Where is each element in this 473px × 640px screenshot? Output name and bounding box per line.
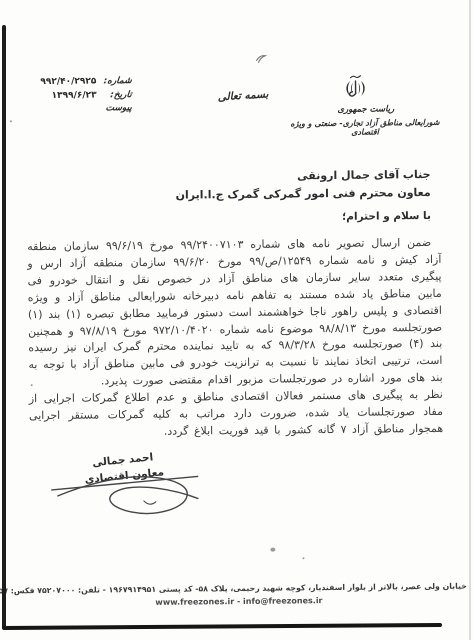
letter-content: شماره: ۹۹۲/۴۰/۲۹۲۵ تاریخ: ۱۳۹۹/۶/۲۳ پیوس… <box>0 0 473 640</box>
date-value: ۱۳۹۹/۶/۲۳ <box>52 89 97 103</box>
scan-noise-speck <box>10 120 12 122</box>
scanned-letter-page: شماره: ۹۹۲/۴۰/۲۹۲۵ تاریخ: ۱۳۹۹/۶/۲۳ پیوس… <box>0 0 473 640</box>
org-line-council: شورایعالی مناطق آزاد تجاری- صنعتی و ویژه… <box>276 118 454 138</box>
meta-date-row: تاریخ: ۱۳۹۹/۶/۲۳ <box>20 89 132 104</box>
scan-noise-speck <box>31 384 33 386</box>
recipient-name: جناب آقای جمال ارونقی <box>175 166 430 186</box>
scan-left-edge <box>2 25 6 629</box>
handwritten-signature-icon <box>48 464 204 524</box>
date-label: تاریخ: <box>103 89 132 103</box>
org-line-presidency: ریاست جمهوری <box>316 104 416 115</box>
scan-noise-mark <box>253 52 269 66</box>
footer-website: www.freezones.ir - info@freezones.ir <box>11 595 467 609</box>
iran-allah-emblem-icon <box>340 73 370 103</box>
salutation-text: با سلام و احترام؛ <box>342 210 431 223</box>
meta-number-row: شماره: ۹۹۲/۴۰/۲۹۲۵ <box>19 75 131 90</box>
scan-noise-speck <box>270 548 275 552</box>
letter-meta-block: شماره: ۹۹۲/۴۰/۲۹۲۵ تاریخ: ۱۳۹۹/۶/۲۳ پیوس… <box>19 75 131 117</box>
recipient-block: جناب آقای جمال ارونقی معاون محترم فنی ام… <box>175 166 430 204</box>
number-value: ۹۹۲/۴۰/۲۹۲۵ <box>40 75 96 89</box>
footer-address: خیابان ولی عصر، بالاتر از بلوار اسفندیار… <box>11 582 467 596</box>
meta-attachment-row: پیوست <box>20 102 132 117</box>
attachment-label: پیوست <box>103 102 132 116</box>
body-paragraph-2: نظر به پیگیری های مستمر فعالان اقتصادی م… <box>29 387 444 442</box>
besmeleh-text: بسمه تعالی <box>217 88 268 103</box>
recipient-title: معاون محترم فنی امور گمرکی گمرک ج.ا.ایرا… <box>175 183 430 203</box>
scan-noise-speck <box>302 557 304 559</box>
number-label: شماره: <box>103 75 132 89</box>
body-paragraph-1: ضمن ارسال تصویر نامه های شماره ۹۹/۲۴۰۰۷۱… <box>27 235 443 391</box>
